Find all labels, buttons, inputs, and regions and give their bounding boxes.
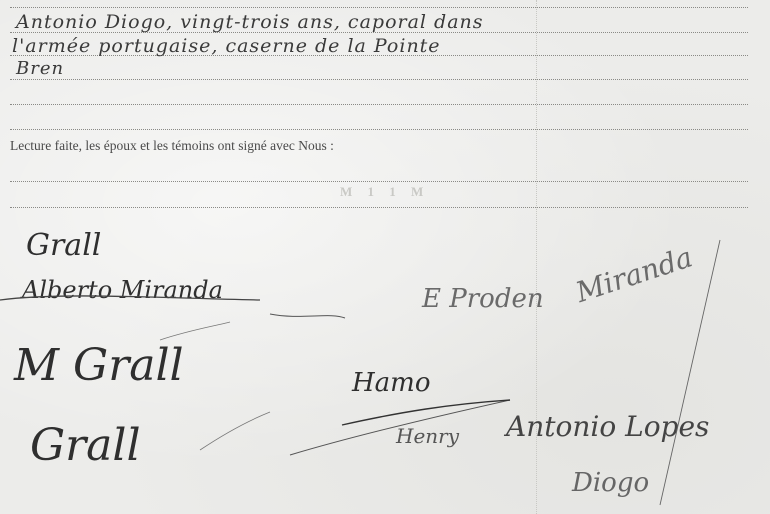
signature-flourishes — [0, 0, 770, 514]
document-page: ~ ~ ~ ~ ~ ~ ~ ~ ~ ~ ~ Antonio Diogo, vin… — [0, 0, 770, 514]
